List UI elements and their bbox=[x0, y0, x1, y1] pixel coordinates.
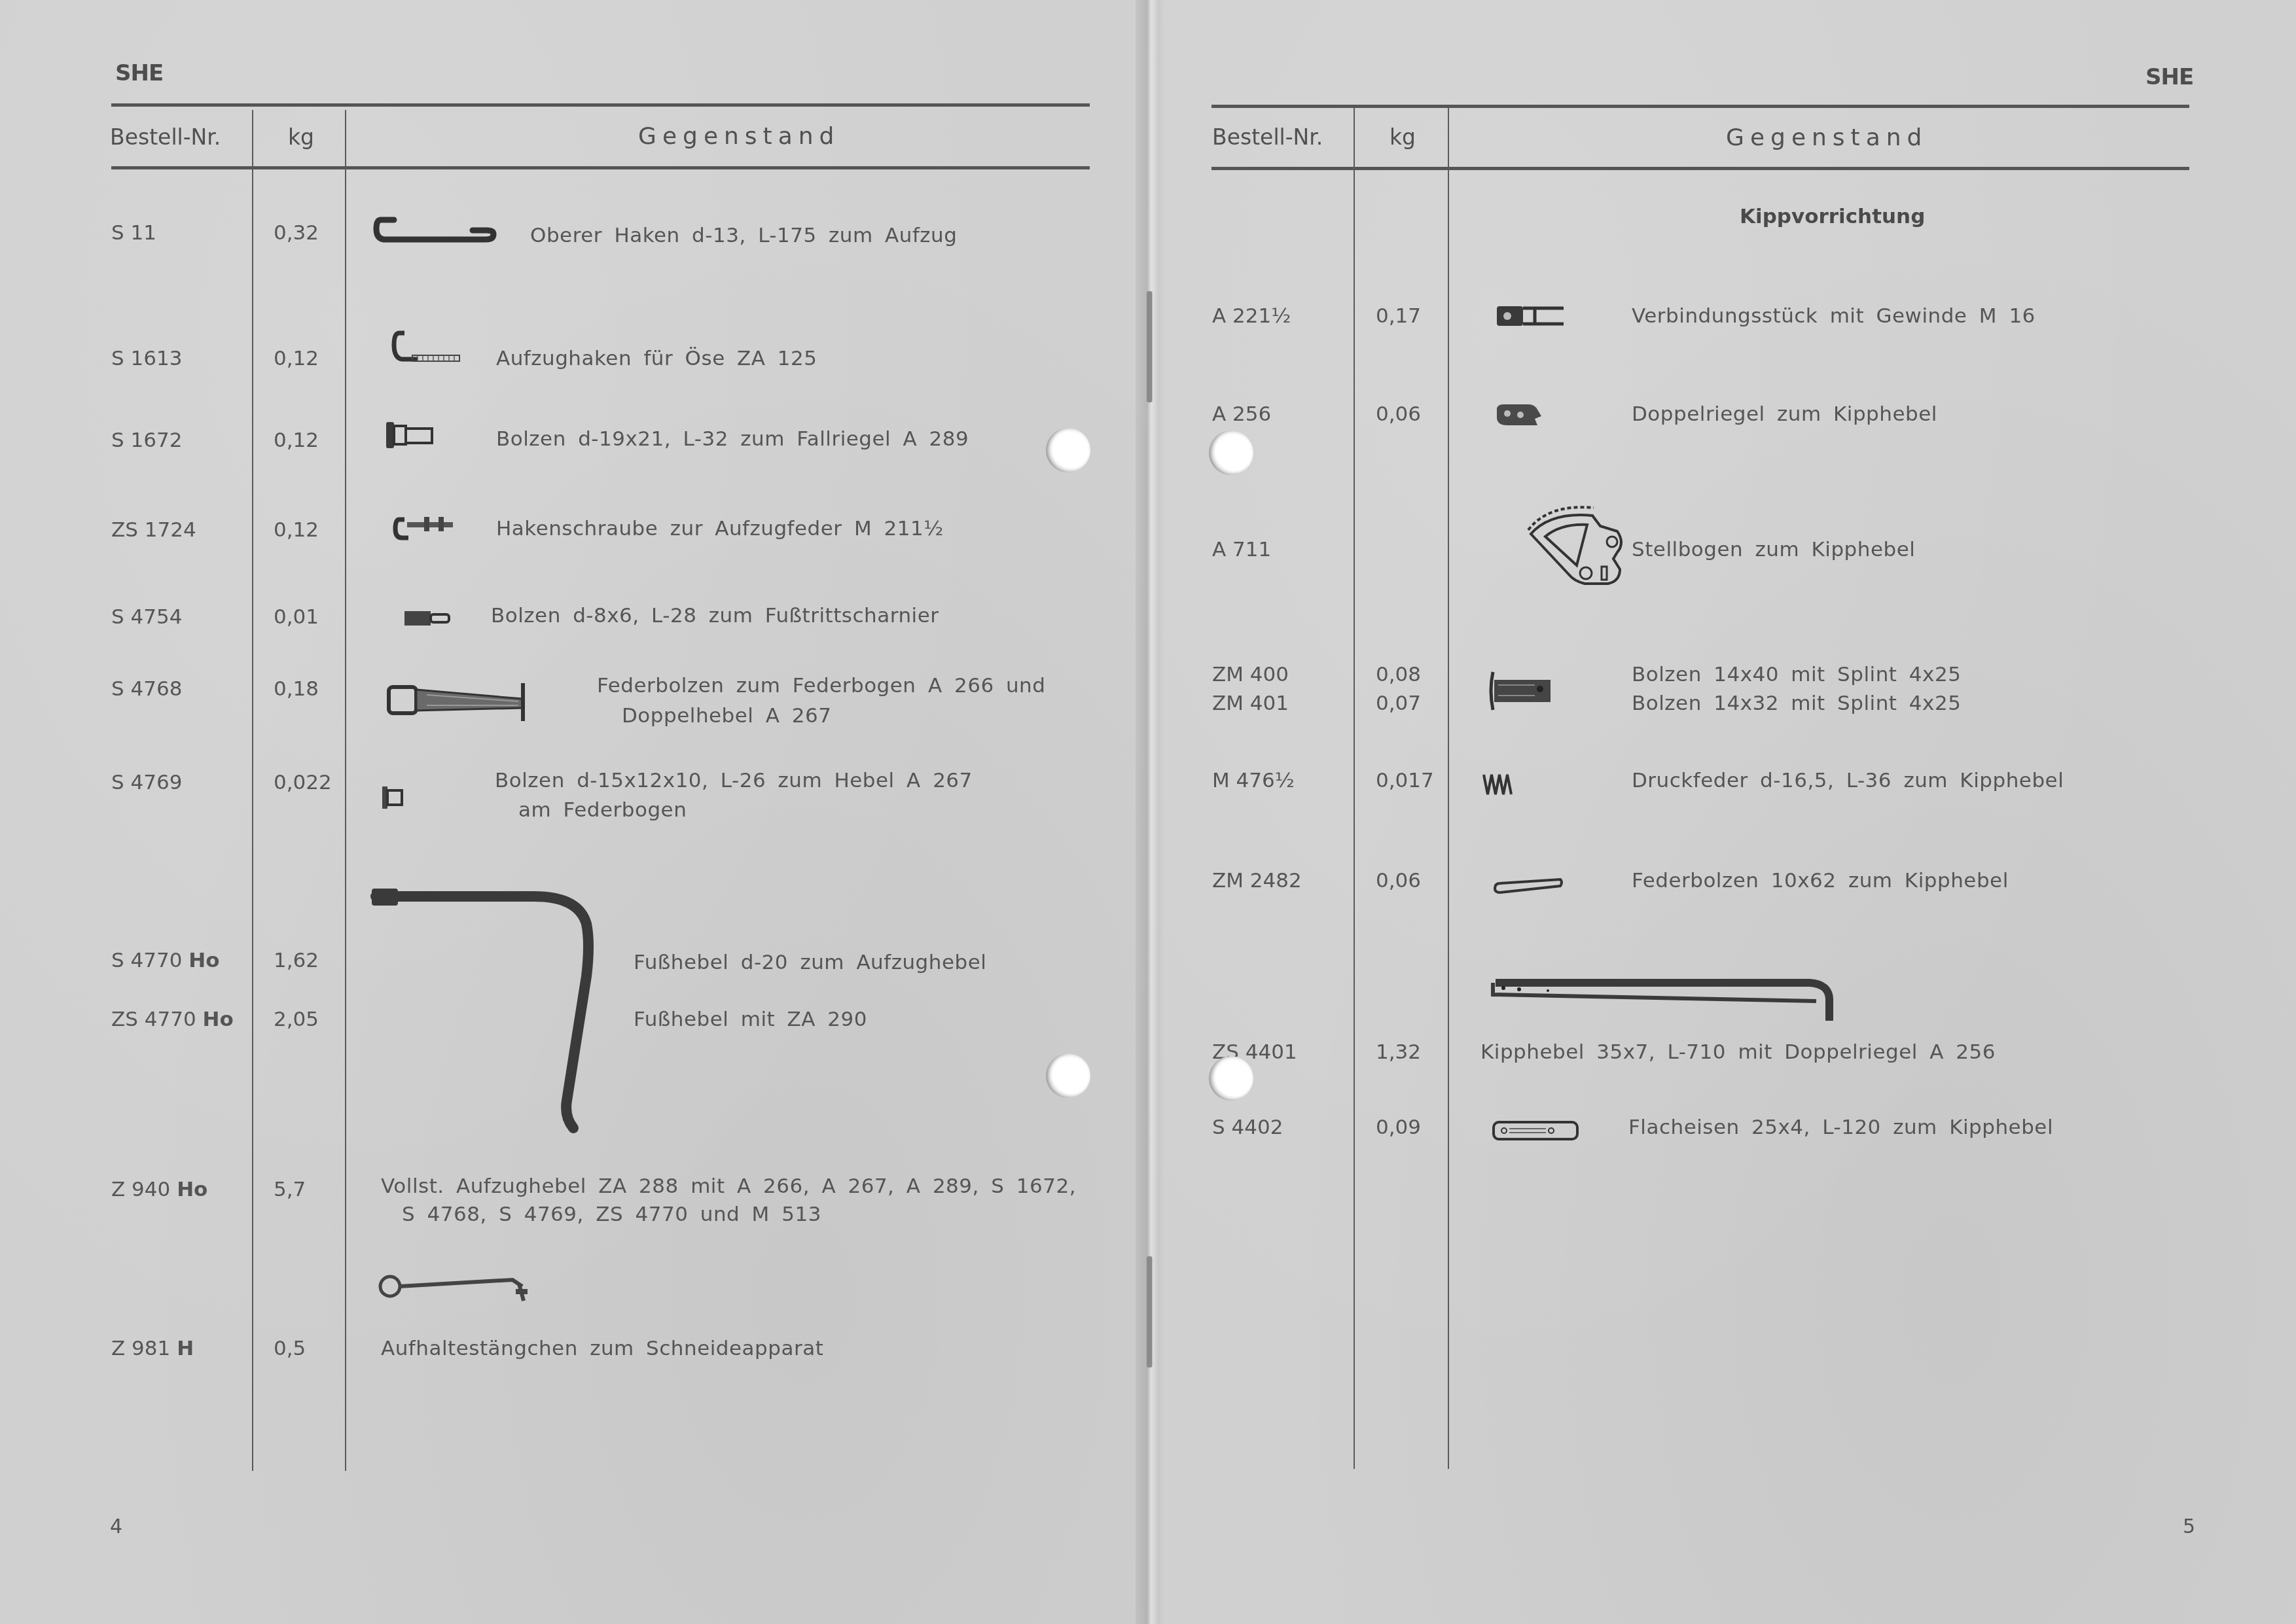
order-number: Z 981 H bbox=[111, 1337, 194, 1360]
item-description: Druckfeder d-16,5, L-36 zum Kipphebel bbox=[1632, 769, 2064, 792]
column-header-kg: kg bbox=[1390, 124, 1416, 150]
right-page: SHE Bestell-Nr. kg Gegenstand Kippvorric… bbox=[1149, 0, 2296, 1624]
tiny-bolt-icon bbox=[381, 785, 407, 811]
item-description: Oberer Haken d-13, L-175 zum Aufzug bbox=[530, 224, 957, 247]
item-description: Fußhebel d-20 zum Aufzughebel bbox=[634, 951, 986, 974]
item-description-line2: S 4768, S 4769, ZS 4770 und M 513 bbox=[402, 1203, 821, 1226]
column-divider bbox=[1354, 108, 1355, 1469]
header-top-rule bbox=[1211, 105, 2189, 108]
header-code: SHE bbox=[115, 60, 163, 86]
item-description-line2: am Federbogen bbox=[518, 798, 687, 822]
section-title: Kippvorrichtung bbox=[1740, 205, 1925, 228]
item-description: Bolzen d-19x21, L-32 zum Fallriegel A 28… bbox=[496, 427, 969, 451]
item-description-line1: Federbolzen zum Federbogen A 266 und bbox=[597, 674, 1045, 697]
order-number: ZM 400 bbox=[1212, 663, 1289, 686]
double-latch-icon bbox=[1494, 400, 1547, 430]
column-divider bbox=[1448, 108, 1449, 1469]
punch-hole bbox=[1209, 1056, 1253, 1101]
order-number: ZM 2482 bbox=[1212, 869, 1302, 892]
column-header-item: Gegenstand bbox=[638, 123, 840, 150]
page-number: 5 bbox=[2183, 1515, 2195, 1538]
order-number: A 221½ bbox=[1212, 304, 1291, 328]
weight-kg: 0,017 bbox=[1376, 769, 1434, 792]
item-description: Aufhaltestängchen zum Schneideapparat bbox=[381, 1337, 823, 1360]
weight-kg: 0,022 bbox=[274, 771, 332, 794]
compression-spring-icon bbox=[1481, 773, 1513, 796]
order-number-suffix: Ho bbox=[203, 1008, 234, 1031]
order-number: A 256 bbox=[1212, 402, 1271, 426]
weight-kg: 5,7 bbox=[274, 1178, 306, 1201]
spring-bolt-icon bbox=[387, 680, 531, 723]
column-header-order-no: Bestell-Nr. bbox=[1212, 124, 1323, 150]
order-number-prefix: ZS 4770 bbox=[111, 1008, 196, 1031]
weight-kg: 0,06 bbox=[1376, 402, 1421, 426]
column-divider bbox=[345, 110, 346, 1471]
weight-kg: 0,5 bbox=[274, 1337, 306, 1360]
item-description: Federbolzen 10x62 zum Kipphebel bbox=[1632, 869, 2009, 892]
adjusting-arc-icon bbox=[1522, 497, 1626, 589]
order-number: ZS 4770 Ho bbox=[111, 1008, 234, 1031]
tilt-lever-icon bbox=[1489, 980, 1842, 1026]
column-header-kg: kg bbox=[288, 124, 314, 150]
item-description: Hakenschraube zur Aufzugfeder M 211½ bbox=[496, 517, 944, 540]
punch-hole bbox=[1046, 1053, 1090, 1098]
left-page: SHE Bestell-Nr. kg Gegenstand S 11 0,32 … bbox=[0, 0, 1149, 1624]
order-number: S 4402 bbox=[1212, 1116, 1283, 1139]
weight-kg: 0,12 bbox=[274, 429, 319, 452]
upper-hook-icon bbox=[374, 216, 495, 249]
weight-kg: 0,07 bbox=[1376, 692, 1421, 715]
column-divider bbox=[252, 110, 253, 1471]
item-description-line1: Vollst. Aufzughebel ZA 288 mit A 266, A … bbox=[381, 1174, 1076, 1198]
column-header-item: Gegenstand bbox=[1726, 124, 1928, 151]
order-number-suffix: Ho bbox=[177, 1178, 207, 1201]
pin-bolt-icon bbox=[1489, 671, 1554, 711]
order-number: S 1672 bbox=[111, 429, 182, 452]
header-bottom-rule bbox=[111, 166, 1090, 169]
lift-hook-icon bbox=[391, 330, 463, 366]
small-bolt-icon bbox=[403, 609, 456, 628]
order-number-prefix: S 4770 bbox=[111, 949, 182, 972]
header-top-rule bbox=[111, 103, 1090, 107]
weight-kg: 0,17 bbox=[1376, 304, 1421, 328]
staple bbox=[1147, 291, 1152, 402]
item-description: Kipphebel 35x7, L-710 mit Doppelriegel A… bbox=[1480, 1040, 1996, 1064]
item-description: Doppelriegel zum Kipphebel bbox=[1632, 402, 1937, 426]
order-number: S 1613 bbox=[111, 347, 182, 370]
order-number: S 4754 bbox=[111, 605, 182, 629]
bolt-icon bbox=[385, 421, 437, 450]
item-description: Stellbogen zum Kipphebel bbox=[1632, 538, 1915, 561]
order-number: S 4770 Ho bbox=[111, 949, 220, 972]
item-description: Verbindungsstück mit Gewinde M 16 bbox=[1632, 304, 2036, 328]
item-description: Bolzen 14x32 mit Splint 4x25 bbox=[1632, 692, 1961, 715]
weight-kg: 0,18 bbox=[274, 677, 319, 701]
weight-kg: 0,06 bbox=[1376, 869, 1421, 892]
punch-hole bbox=[1209, 431, 1253, 475]
item-description: Fußhebel mit ZA 290 bbox=[634, 1008, 867, 1031]
order-number: S 11 bbox=[111, 221, 156, 245]
weight-kg: 1,62 bbox=[274, 949, 319, 972]
weight-kg: 0,12 bbox=[274, 347, 319, 370]
order-number: S 4768 bbox=[111, 677, 182, 701]
item-description: Aufzughaken für Öse ZA 125 bbox=[496, 347, 817, 370]
order-number: Z 940 Ho bbox=[111, 1178, 207, 1201]
staple bbox=[1147, 1256, 1152, 1368]
item-description: Flacheisen 25x4, L-120 zum Kipphebel bbox=[1628, 1116, 2053, 1139]
connector-icon bbox=[1496, 304, 1568, 328]
weight-kg: 0,08 bbox=[1376, 663, 1421, 686]
weight-kg: 0,09 bbox=[1376, 1116, 1421, 1139]
header-bottom-rule bbox=[1211, 167, 2189, 170]
foot-lever-icon bbox=[370, 885, 606, 1140]
hook-screw-icon bbox=[393, 513, 458, 542]
flat-iron-icon bbox=[1492, 1121, 1581, 1142]
weight-kg: 0,01 bbox=[274, 605, 319, 629]
order-number-prefix: Z 981 bbox=[111, 1337, 170, 1360]
order-number: ZM 401 bbox=[1212, 692, 1289, 715]
column-header-order-no: Bestell-Nr. bbox=[110, 124, 221, 150]
item-description: Bolzen d-8x6, L-28 zum Fußtrittscharnier bbox=[491, 604, 939, 627]
book-fold bbox=[1136, 0, 1164, 1624]
header-code: SHE bbox=[2145, 64, 2193, 90]
order-number-suffix: H bbox=[177, 1337, 194, 1360]
item-description: Bolzen 14x40 mit Splint 4x25 bbox=[1632, 663, 1961, 686]
order-number-prefix: Z 940 bbox=[111, 1178, 170, 1201]
page-number: 4 bbox=[110, 1515, 122, 1538]
weight-kg: 0,12 bbox=[274, 518, 319, 542]
weight-kg: 0,32 bbox=[274, 221, 319, 245]
order-number: M 476½ bbox=[1212, 769, 1295, 792]
order-number: ZS 1724 bbox=[111, 518, 196, 542]
weight-kg: 1,32 bbox=[1376, 1040, 1421, 1064]
order-number-suffix: Ho bbox=[188, 949, 219, 972]
item-description-line1: Bolzen d-15x12x10, L-26 zum Hebel A 267 bbox=[495, 769, 973, 792]
punch-hole bbox=[1046, 428, 1090, 472]
order-number: A 711 bbox=[1212, 538, 1271, 561]
stop-rod-icon bbox=[378, 1269, 535, 1322]
spring-pin-icon bbox=[1492, 877, 1564, 896]
order-number: S 4769 bbox=[111, 771, 182, 794]
weight-kg: 2,05 bbox=[274, 1008, 319, 1031]
item-description-line2: Doppelhebel A 267 bbox=[622, 704, 832, 728]
